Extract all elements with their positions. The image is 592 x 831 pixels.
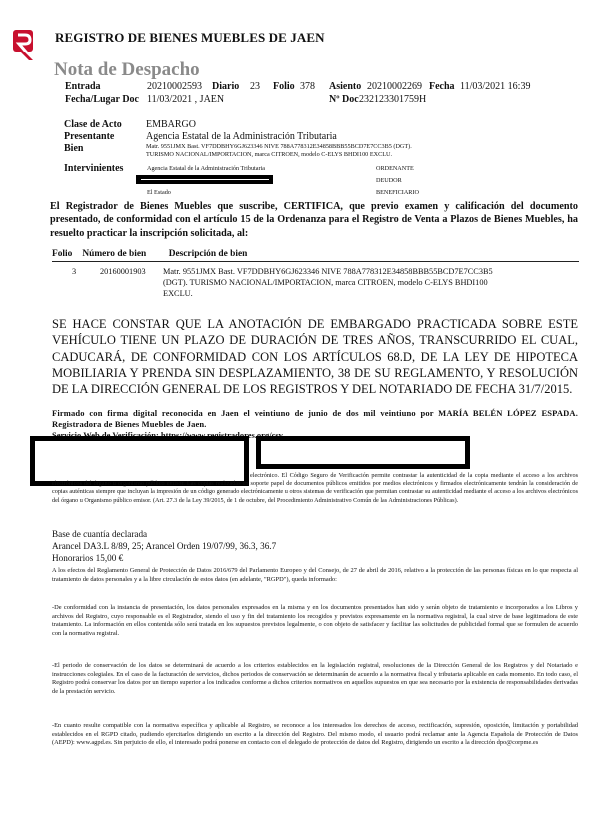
- entrada-label: Entrada: [65, 81, 101, 92]
- bien-line-1: Matr. 9551JMX Bast. VF7DDBHY6GJ623346 NI…: [146, 143, 412, 150]
- fees-block: Base de cuantía declarada Arancel DA3.L …: [52, 528, 276, 565]
- diario-value: 23: [250, 81, 260, 92]
- clase-acto-label: Clase de Acto: [64, 119, 122, 130]
- ndoc-label: Nº Doc: [329, 94, 359, 105]
- table-header: Folio Número de bien Descripción de bien: [52, 249, 579, 262]
- rgpd-conservacion: -El periodo de conservación de los datos…: [52, 662, 578, 697]
- bien-line-2: TURISMO NACIONAL/IMPORTACION, marca CITR…: [146, 151, 392, 158]
- honorarios: Honorarios 15,00 €: [52, 552, 276, 564]
- interviniente-name: El Estado: [147, 189, 171, 196]
- fecha-lugar-label: Fecha/Lugar Doc: [65, 94, 139, 105]
- intervinientes-label: Intervinientes: [64, 163, 123, 174]
- col-descripcion-header: Descripción de bien: [169, 249, 248, 259]
- arancel: Arancel DA3.L 8/89, 25; Arancel Orden 19…: [52, 540, 276, 552]
- redaction-box-url: [256, 436, 470, 469]
- base-cuantia: Base de cuantía declarada: [52, 528, 276, 540]
- document-type-title: Nota de Despacho: [54, 59, 200, 81]
- fecha-value: 11/03/2021 16:39: [460, 81, 530, 92]
- interviniente-role: DEUDOR: [376, 177, 402, 184]
- rgpd-derechos: -En cuanto resulte compatible con la nor…: [52, 722, 578, 748]
- asiento-value: 20210002269: [367, 81, 422, 92]
- interviniente-role: BENEFICIARIO: [376, 189, 419, 196]
- col-numero-header: Número de bien: [82, 249, 166, 259]
- presentante-value: Agencia Estatal de la Administración Tri…: [146, 131, 337, 142]
- clase-acto-value: EMBARGO: [146, 119, 196, 130]
- folio-label: Folio: [273, 81, 295, 92]
- interviniente-role: ORDENANTE: [376, 165, 414, 172]
- rgpd-intro: A los efectos del Reglamento General de …: [52, 567, 578, 584]
- folio-value: 378: [300, 81, 315, 92]
- entrada-value: 20210002593: [147, 81, 202, 92]
- interviniente-name: Agencia Estatal de la Administración Tri…: [147, 165, 265, 172]
- rgpd-tratamiento: -De conformidad con la instancia de pres…: [52, 604, 578, 639]
- bien-label: Bien: [64, 143, 83, 154]
- caducidad-notice: SE HACE CONSTAR QUE LA ANOTACIÓN DE EMBA…: [52, 316, 578, 397]
- ndoc-value: 232123301759H: [359, 94, 426, 105]
- certification-paragraph: El Registrador de Bienes Muebles que sus…: [50, 200, 578, 240]
- row-descripcion: Matr. 9551JMX Bast. VF7DDBHY6GJ623346 NI…: [163, 266, 508, 299]
- signature-statement: Firmado con firma digital reconocida en …: [52, 408, 578, 429]
- asiento-label: Asiento: [329, 81, 361, 92]
- fecha-label: Fecha: [429, 81, 455, 92]
- row-numero: 20160001903: [100, 266, 146, 277]
- registry-title: REGISTRO DE BIENES MUEBLES DE JAEN: [55, 30, 325, 46]
- redaction-bar-deudor: [136, 175, 273, 184]
- diario-label: Diario: [212, 81, 239, 92]
- fecha-lugar-value: 11/03/2021 , JAEN: [147, 94, 224, 105]
- registradores-logo-icon: [13, 30, 43, 60]
- col-folio-header: Folio: [52, 249, 80, 259]
- csv-legal-notice: electrónico. El Código Seguro de Verific…: [52, 472, 578, 505]
- presentante-label: Presentante: [64, 131, 114, 142]
- row-folio: 3: [72, 266, 76, 277]
